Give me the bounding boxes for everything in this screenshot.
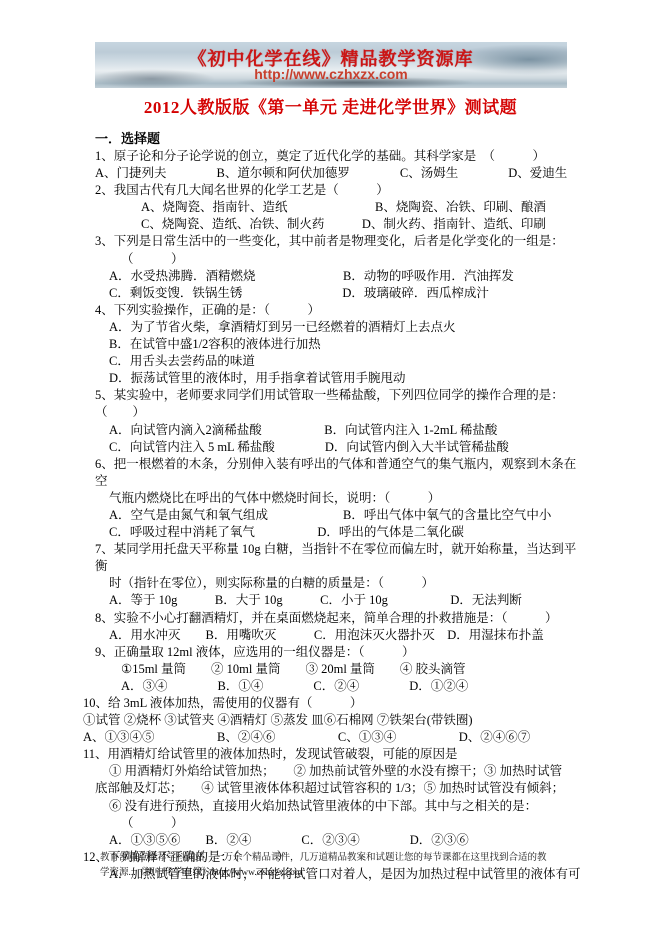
site-banner: 《初中化学在线》精品教学资源库 http://www.czhxzx.com xyxy=(95,42,567,88)
exam-body: 一．选择题 1、原子论和分子论学说的创立，奠定了近代化学的基础。其科学家是 （ … xyxy=(95,130,581,883)
question-3-line-1: 3、下列是日常生活中的一些变化，其中前者是物理变化，后者是化学变化的一组是： xyxy=(95,233,581,250)
question-2-line-1: 2、我国古代有几大闻名世界的化学工艺是（ ） xyxy=(95,182,581,199)
question-11-line-4: ⑥ 没有进行预热，直接用火焰加热试管里液体的中下部。其中与之相关的是： xyxy=(109,798,581,815)
question-1-line-2: A、门捷列夫 B、道尔顿和阿伏加德罗 C、汤姆生 D、爱迪生 xyxy=(95,165,581,182)
question-11-line-1: 11、用酒精灯给试管里的液体加热时，发现试管破裂，可能的原因是 xyxy=(83,746,581,763)
question-8-line-1: 8、实验不小心打翻酒精灯，并在桌面燃烧起来，简单合理的扑救措施是：（ ） xyxy=(95,610,581,627)
question-9-line-1: 9、正确量取 12ml 液体，应选用的一组仪器是：（ ） xyxy=(95,644,581,661)
question-2-line-3: C、烧陶瓷、造纸、冶铁、制火药 D、制火药、指南针、造纸、印刷 xyxy=(141,216,581,233)
question-11-line-5: （ ） xyxy=(121,815,581,832)
document-title: 2012人教版版《第一单元 走进化学世界》测试题 xyxy=(0,93,661,118)
question-9-line-2: ①15ml 量筒 ② 10ml 量筒 ③ 20ml 量筒 ④ 胶头滴管 xyxy=(121,661,581,678)
question-6-line-3: A．空气是由氮气和氧气组成 B．呼出气体中氧气的含量比空气中小 xyxy=(109,507,581,524)
question-3-line-4: C．剩饭变馊．铁锅生锈 D．玻璃破碎．西瓜榨成汁 xyxy=(109,285,581,302)
question-4-line-1: 4、下列实验操作，正确的是：（ ） xyxy=(95,302,581,319)
question-3-line-2: （ ） xyxy=(121,251,581,268)
question-4-line-4: C．用舌头去尝药品的味道 xyxy=(109,353,581,370)
question-list: 1、原子论和分子论学说的创立，奠定了近代化学的基础。其科学家是 （ ）A、门捷列… xyxy=(95,148,581,883)
question-6-line-2: 气瓶内燃烧比在呼出的气体中燃烧时间长，说明：（ ） xyxy=(109,490,581,507)
question-7-line-1: 7、某同学用托盘天平称量 10g 白糖，当指针不在零位而偏左时，就开始称量，当达… xyxy=(95,541,581,575)
question-9-line-3: A．③④ B．①④ C．②④ D．①②④ xyxy=(121,678,581,695)
question-10-line-1: 10、给 3mL 液体加热，需使用的仪器有（ ） xyxy=(83,695,581,712)
question-5-line-2: （ ） xyxy=(95,404,581,421)
footer-note: 教育部重点推荐学科网站．一万余个精品课件，几万道精品教案和试题让您的每节课都在这… xyxy=(100,851,552,881)
question-8-line-2: A．用水冲灭 B．用嘴吹灭 C．用泡沫灭火器扑灭 D．用湿抹布扑盖 xyxy=(109,627,581,644)
document-page: 《初中化学在线》精品教学资源库 http://www.czhxzx.com 20… xyxy=(0,0,661,935)
question-7-line-3: A．等于 10g B．大于 10g C．小于 10g D．无法判断 xyxy=(109,592,581,609)
question-10-line-3: A、①③④⑤ B、②④⑥ C、①③④ D、②④⑥⑦ xyxy=(83,729,581,746)
question-5-line-4: C．向试管内注入 5 mL 稀盐酸 D．向试管内倒入大半试管稀盐酸 xyxy=(109,439,581,456)
question-5-line-3: A．向试管内滴入2滴稀盐酸 B．向试管内注入 1-2mL 稀盐酸 xyxy=(109,422,581,439)
question-7-line-2: 时（指针在零位），则实际称量的白糖的质量是：（ ） xyxy=(109,575,581,592)
question-2-line-2: A、烧陶瓷、指南针、造纸 B、烧陶瓷、冶铁、印刷、酿酒 xyxy=(141,199,581,216)
question-4-line-5: D．振荡试管里的液体时，用手指拿着试管用手腕甩动 xyxy=(109,370,581,387)
question-10-line-2: ①试管 ②烧杯 ③试管夹 ④酒精灯 ⑤蒸发 皿⑥石棉网 ⑦铁架台(带铁圈) xyxy=(83,712,581,729)
question-1-line-1: 1、原子论和分子论学说的创立，奠定了近代化学的基础。其科学家是 （ ） xyxy=(95,148,581,165)
footer-site-name: 《初中化学在线》 xyxy=(136,868,212,878)
question-4-line-3: B．在试管中盛1/2容积的液体进行加热 xyxy=(109,336,581,353)
question-4-line-2: A．为了节省火柴，拿酒精灯到另一已经燃着的酒精灯上去点火 xyxy=(109,319,581,336)
question-11-line-2: ① 用酒精灯外焰给试管加热； ② 加热前试管外壁的水没有擦干；③ 加热时试管 xyxy=(109,763,581,780)
question-11-line-3: 底部触及灯芯； ④ 试管里液体体积超过试管容积的 1/3；⑤ 加热时试管没有倾斜… xyxy=(95,780,581,797)
question-11-line-6: A．①③⑤⑥ B．②④ C．②③④ D．②③⑥ xyxy=(109,832,581,849)
question-5-line-1: 5、某实验中，老师要求同学们用试管取一些稀盐酸，下列四位同学的操作合理的是： xyxy=(95,387,581,404)
banner-site-url: http://www.czhxzx.com xyxy=(95,66,567,82)
footer-url: http://www.czhxzx.com xyxy=(212,868,303,878)
question-3-line-3: A．水受热沸腾．酒精燃烧 B．动物的呼吸作用．汽油挥发 xyxy=(109,268,581,285)
section-heading: 一．选择题 xyxy=(95,130,581,148)
question-6-line-4: C．呼吸过程中消耗了氧气 D．呼出的气体是二氧化碳 xyxy=(109,524,581,541)
question-6-line-1: 6、把一根燃着的木条，分别伸入装有呼出的气体和普通空气的集气瓶内，观察到木条在空 xyxy=(95,456,581,490)
